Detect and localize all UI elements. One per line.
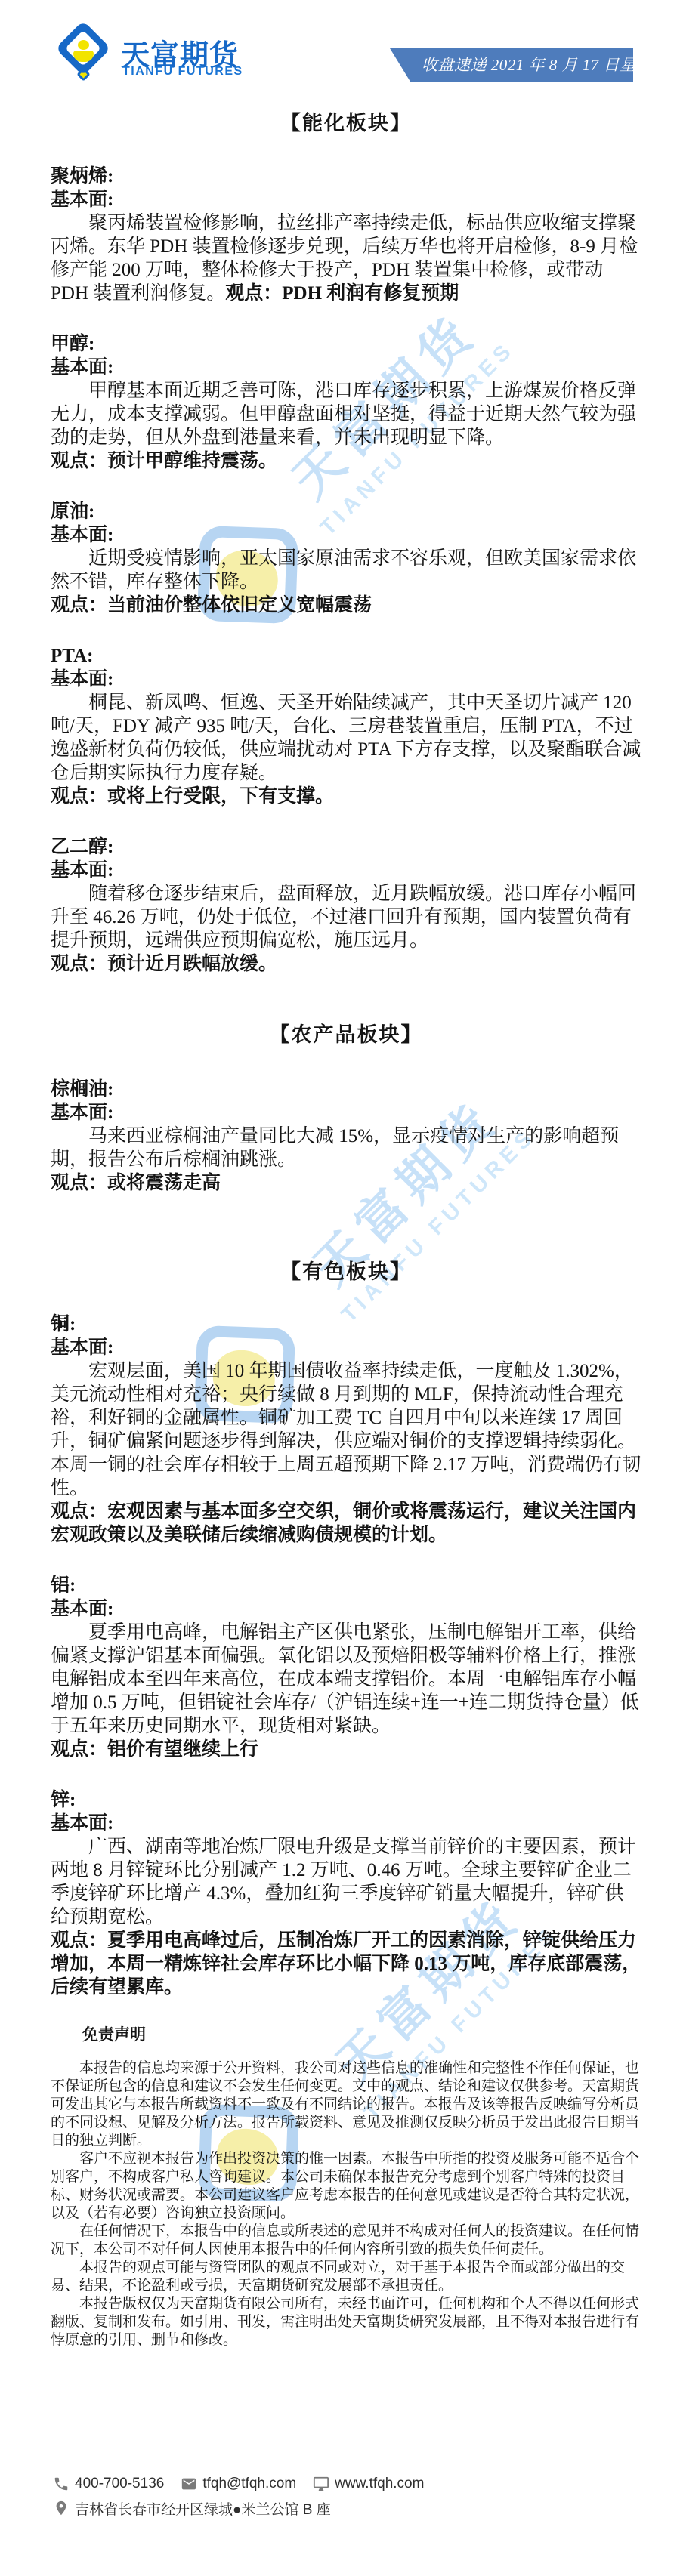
commodity-block-crude-oil: 原油: 基本面: 近期受疫情影响，亚太国家原油需求不容乐观，但欧美国家需求依然不… (51, 500, 641, 617)
commodity-name: PTA: (51, 644, 641, 668)
report-header: 天富期货 TIANFU FUTURES 收盘速递 2021 年 8 月 17 日… (0, 0, 680, 91)
address-row: 吉林省长春市经开区绿城●米兰公馆 B 座 (53, 2498, 440, 2518)
commodity-paragraph: 广西、湖南等地冶炼厂限电升级是支撑当前锌价的主要因素，预计两地 8 月锌锭环比分… (51, 1835, 641, 1929)
website-contact: www.tfqh.com (313, 2476, 424, 2492)
commodity-name: 聚炳烯: (51, 165, 641, 188)
viewpoint-text: 观点：或将震荡走高 (51, 1171, 641, 1195)
fundamental-label: 基本面: (51, 1336, 641, 1359)
mail-icon (181, 2476, 197, 2492)
viewpoint-text: 观点：当前油价整体依旧定义宽幅震荡 (51, 594, 641, 617)
brand-name-en: TIANFU FUTURES (122, 65, 243, 79)
disclaimer-paragraph: 本报告版权仅为天富期货有限公司所有，未经书面许可，任何机构和个人不得以任何形式翻… (51, 2295, 641, 2349)
viewpoint-text: 观点：预计甲醇维持震荡。 (51, 449, 641, 473)
disclaimer-paragraph: 在任何情况下，本报告中的信息或所表述的意见并不构成对任何人的投资建议。在任何情况… (51, 2223, 641, 2259)
viewpoint-text: 观点：预计近月跌幅放缓。 (51, 952, 641, 976)
commodity-block-zinc: 锌: 基本面: 广西、湖南等地冶炼厂限电升级是支撑当前锌价的主要因素，预计两地 … (51, 1788, 641, 1999)
commodity-name: 甲醇: (51, 332, 641, 356)
commodity-paragraph: 甲醇基本面近期乏善可陈，港口库存逐步积累，上游煤炭价格反弹无力，成本支撑减弱。但… (51, 379, 641, 449)
section-title-agriculture: 【农产品板块】 (51, 1021, 641, 1048)
viewpoint-text: 观点：宏观因素与基本面多空交织，铜价或将震荡运行，建议关注国内宏观政策以及美联储… (51, 1500, 641, 1547)
commodity-block-methanol: 甲醇: 基本面: 甲醇基本面近期乏善可陈，港口库存逐步积累，上游煤炭价格反弹无力… (51, 332, 641, 473)
commodity-paragraph: 聚丙烯装置检修影响，拉丝排产率持续走低，标品供应收缩支撑聚丙烯。东华 PDH 装… (51, 211, 641, 305)
date-banner-text: 收盘速递 2021 年 8 月 17 日星期二 (390, 48, 633, 82)
commodity-name: 铜: (51, 1313, 641, 1336)
commodity-block-palm-oil: 棕榈油: 基本面: 马来西亚棕榈油产量同比大减 15%，显示疫情对生产的影响超预… (51, 1078, 641, 1195)
commodity-block-ethylene-glycol: 乙二醇: 基本面: 随着移仓逐步结束后，盘面释放，近月跌幅放缓。港口库存小幅回升… (51, 835, 641, 976)
commodity-name: 乙二醇: (51, 835, 641, 859)
location-pin-icon (53, 2500, 70, 2516)
date-banner: 收盘速递 2021 年 8 月 17 日星期二 (390, 48, 633, 82)
commodity-paragraph: 夏季用电高峰，电解铝主产区供电紧张，压制电解铝开工率，供给偏紧支撑沪铝基本面偏强… (51, 1621, 641, 1738)
disclaimer-paragraph: 本报告的观点可能与资管团队的观点不同或对立，对于基于本报告全面或部分做出的交易、… (51, 2259, 641, 2295)
email-address: tfqh@tfqh.com (202, 2476, 296, 2492)
commodity-block-pta: PTA: 基本面: 桐昆、新凤鸣、恒逸、天圣开始陆续减产，其中天圣切片减产 12… (51, 644, 641, 808)
address-contact: 吉林省长春市经开区绿城●米兰公馆 B 座 (53, 2498, 331, 2519)
contact-row: 400-700-5136 tfqh@tfqh.com www.tfqh.com (53, 2474, 440, 2494)
email-contact: tfqh@tfqh.com (181, 2476, 296, 2492)
disclaimer-paragraph: 本报告的信息均来源于公开资料，我公司对这些信息的准确性和完整性不作任何保证，也不… (51, 2059, 641, 2150)
commodity-paragraph: 宏观层面，美国 10 年期国债收益率持续走低，一度触及 1.302%，美元流动性… (51, 1359, 641, 1500)
disclaimer-section: 本报告的信息均来源于公开资料，我公司对这些信息的准确性和完整性不作任何保证，也不… (51, 2059, 641, 2349)
fundamental-label: 基本面: (51, 356, 641, 379)
fundamental-label: 基本面: (51, 1812, 641, 1835)
disclaimer-title: 免责声明 (82, 2025, 641, 2044)
section-title-metals: 【有色板块】 (51, 1258, 641, 1285)
commodity-block-copper: 铜: 基本面: 宏观层面，美国 10 年期国债收益率持续走低，一度触及 1.30… (51, 1313, 641, 1547)
commodity-paragraph: 桐昆、新凤鸣、恒逸、天圣开始陆续减产，其中天圣切片减产 120 吨/天，FDY … (51, 691, 641, 785)
fundamental-label: 基本面: (51, 668, 641, 691)
phone-contact: 400-700-5136 (53, 2476, 164, 2492)
viewpoint-text: 观点：夏季用电高峰过后，压制冶炼厂开工的因素消除，锌锭供给压力增加，本周一精炼锌… (51, 1929, 641, 1999)
commodity-block-aluminum: 铝: 基本面: 夏季用电高峰，电解铝主产区供电紧张，压制电解铝开工率，供给偏紧支… (51, 1574, 641, 1761)
commodity-block-polypropylene: 聚炳烯: 基本面: 聚丙烯装置检修影响，拉丝排产率持续走低，标品供应收缩支撑聚丙… (51, 165, 641, 305)
report-page: 天富期货 TIANFU FUTURES 天富期货 TIANFU FUTURES … (0, 0, 680, 2576)
fundamental-label: 基本面: (51, 523, 641, 547)
commodity-paragraph: 随着移仓逐步结束后，盘面释放，近月跌幅放缓。港口库存小幅回升至 46.26 万吨… (51, 882, 641, 952)
company-address: 吉林省长春市经开区绿城●米兰公馆 B 座 (75, 2498, 331, 2519)
commodity-name: 棕榈油: (51, 1078, 641, 1101)
viewpoint-text: 观点：铝价有望继续上行 (51, 1738, 641, 1761)
fundamental-label: 基本面: (51, 1101, 641, 1124)
fundamental-label: 基本面: (51, 859, 641, 882)
report-body: 【能化板块】 聚炳烯: 基本面: 聚丙烯装置检修影响，拉丝排产率持续走低，标品供… (51, 0, 641, 2349)
commodity-name: 原油: (51, 500, 641, 523)
tianfu-logo-icon (57, 23, 112, 85)
disclaimer-paragraph: 客户不应视本报告为作出投资决策的惟一因素。本报告中所指的投资及服务可能不适合个别… (51, 2150, 641, 2223)
commodity-name: 锌: (51, 1788, 641, 1812)
website-url: www.tfqh.com (335, 2476, 424, 2492)
commodity-paragraph: 马来西亚棕榈油产量同比大减 15%，显示疫情对生产的影响超预期，报告公布后棕榈油… (51, 1124, 641, 1171)
viewpoint-text: 观点：或将上行受限，下有支撑。 (51, 785, 641, 808)
monitor-icon (313, 2476, 329, 2492)
phone-number: 400-700-5136 (75, 2476, 164, 2492)
commodity-name: 铝: (51, 1574, 641, 1597)
fundamental-label: 基本面: (51, 188, 641, 211)
phone-icon (53, 2476, 70, 2492)
fundamental-label: 基本面: (51, 1597, 641, 1621)
section-title-energy: 【能化板块】 (51, 110, 641, 137)
commodity-paragraph: 近期受疫情影响，亚太国家原油需求不容乐观，但欧美国家需求依然不错，库存整体下降。 (51, 547, 641, 594)
contact-footer: 400-700-5136 tfqh@tfqh.com www.tfqh.com (53, 2474, 440, 2518)
viewpoint-inline-text: 观点：PDH 利润有修复预期 (225, 283, 459, 304)
